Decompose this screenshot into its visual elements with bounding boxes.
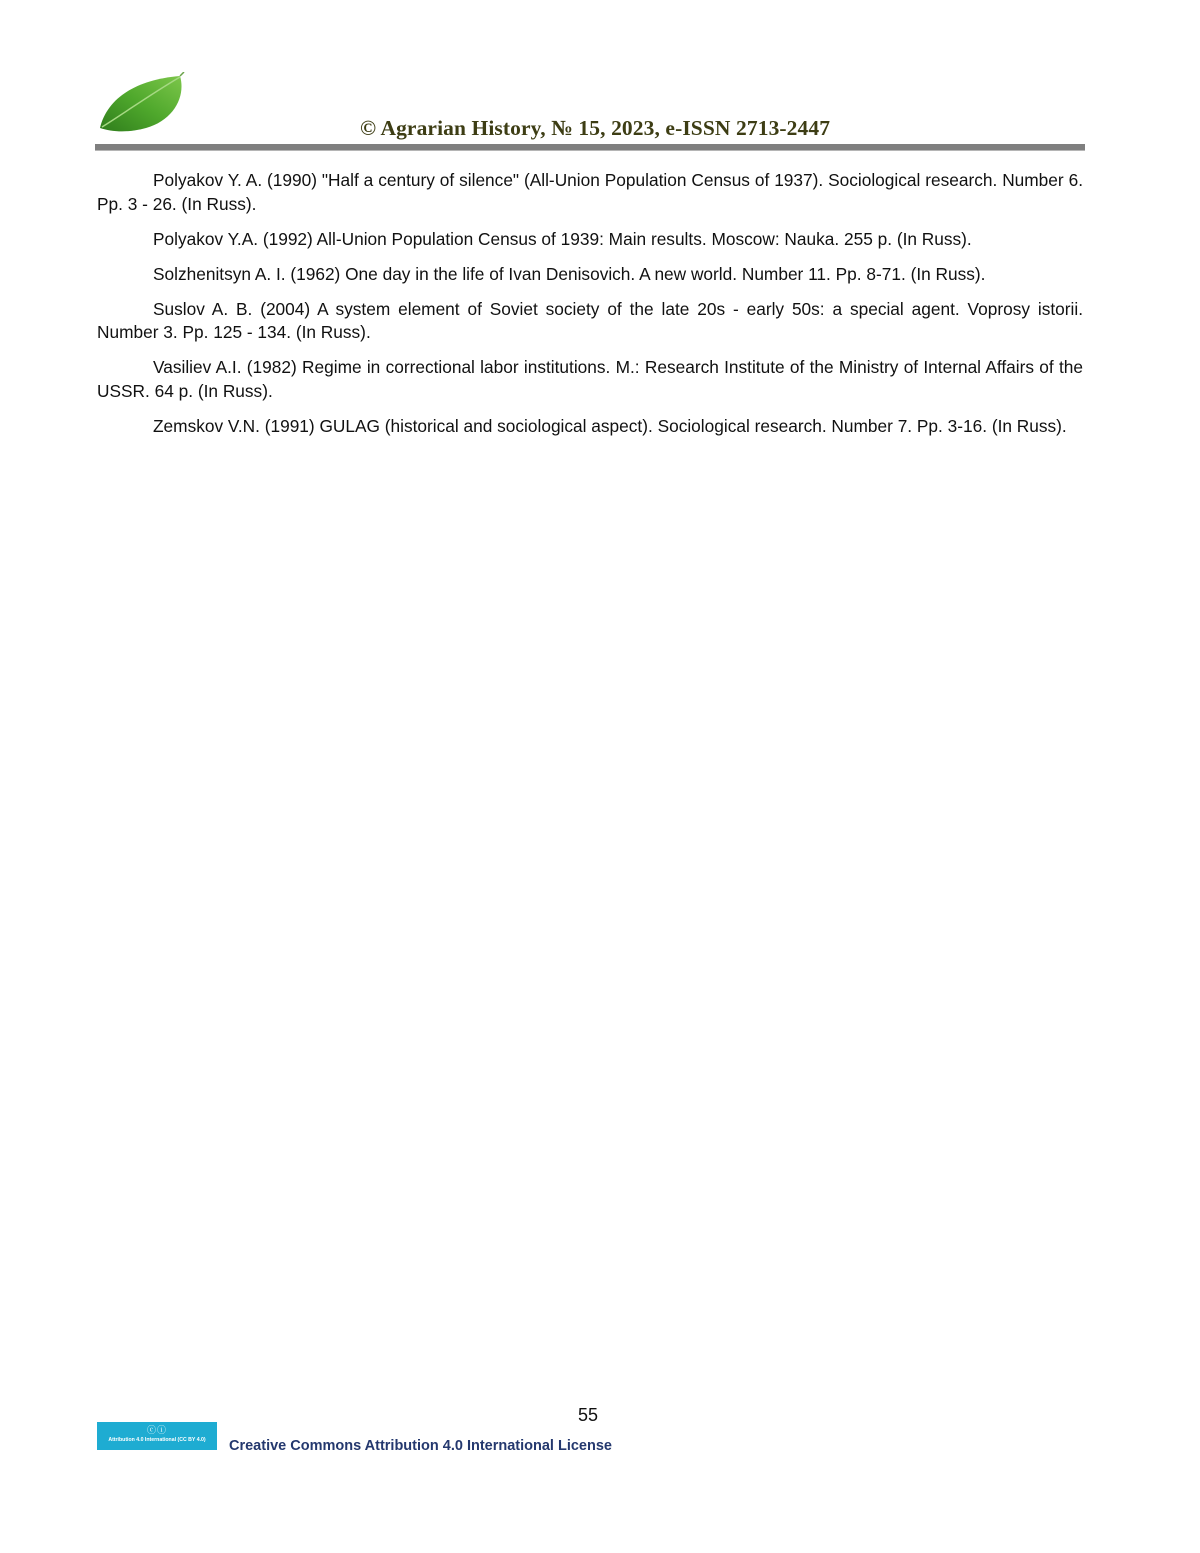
green-leaf-icon	[96, 72, 188, 134]
page-number: 55	[578, 1405, 598, 1426]
reference-item: Zemskov V.N. (1991) GULAG (historical an…	[97, 415, 1083, 439]
cc-badge-text: Attribution 4.0 International (CC BY 4.0…	[97, 1436, 217, 1445]
journal-title: © Agrarian History, № 15, 2023, e-ISSN 2…	[360, 116, 830, 141]
cc-by-icon: ⓒⓘ	[97, 1424, 217, 1436]
reference-item: Suslov A. B. (2004) A system element of …	[97, 298, 1083, 345]
reference-item: Vasiliev A.I. (1982) Regime in correctio…	[97, 356, 1083, 403]
reference-item: Polyakov Y.A. (1992) All-Union Populatio…	[97, 228, 1083, 252]
document-page: © Agrarian History, № 15, 2023, e-ISSN 2…	[0, 0, 1200, 1553]
license-link[interactable]: Creative Commons Attribution 4.0 Interna…	[229, 1438, 612, 1454]
reference-item: Polyakov Y. A. (1990) "Half a century of…	[97, 169, 1083, 216]
cc-license-badge[interactable]: ⓒⓘ Attribution 4.0 International (CC BY …	[97, 1422, 217, 1450]
reference-item: Solzhenitsyn A. I. (1962) One day in the…	[97, 263, 1083, 287]
header-divider	[95, 144, 1085, 151]
reference-list: Polyakov Y. A. (1990) "Half a century of…	[97, 169, 1083, 450]
